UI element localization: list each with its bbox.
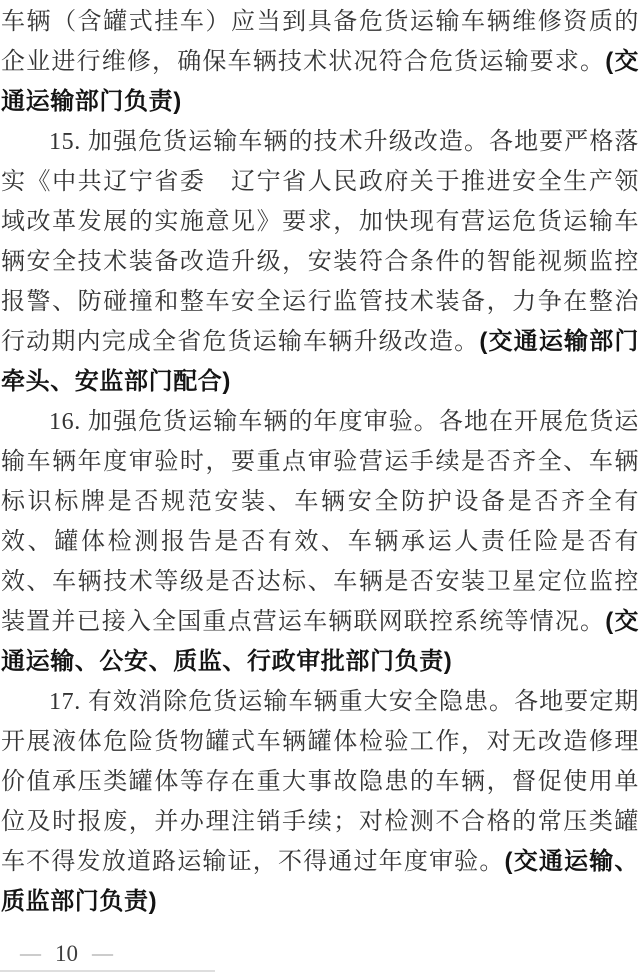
page-number: 10 [55, 942, 78, 965]
page-number-dash-right: — [92, 942, 113, 965]
paragraph-15: 15. 加强危货运输车辆的技术升级改造。各地要严格落实《中共辽宁省委 辽宁省人民… [1, 122, 639, 402]
document-body: 车辆（含罐式挂车）应当到具备危货运输车辆维修资质的企业进行维修，确保车辆技术状况… [1, 2, 639, 922]
page-number-dash-left: — [20, 942, 41, 965]
paragraph-17: 17. 有效消除危货运输车辆重大安全隐患。各地要定期开展液体危险货物罐式车辆罐体… [1, 682, 639, 922]
document-page: 车辆（含罐式挂车）应当到具备危货运输车辆维修资质的企业进行维修，确保车辆技术状况… [0, 0, 640, 977]
paragraph-continuation: 车辆（含罐式挂车）应当到具备危货运输车辆维修资质的企业进行维修，确保车辆技术状况… [1, 2, 639, 122]
paragraph-16: 16. 加强危货运输车辆的年度审验。各地在开展危货运输车辆年度审验时，要重点审验… [1, 402, 639, 682]
paragraph-text: 16. 加强危货运输车辆的年度审验。各地在开展危货运输车辆年度审验时，要重点审验… [1, 409, 639, 635]
scan-artifact-line [0, 970, 215, 972]
paragraph-text: 车辆（含罐式挂车）应当到具备危货运输车辆维修资质的企业进行维修，确保车辆技术状况… [1, 9, 639, 75]
page-footer: — 10 — [20, 942, 113, 965]
paragraph-text: 15. 加强危货运输车辆的技术升级改造。各地要严格落实《中共辽宁省委 辽宁省人民… [1, 129, 639, 355]
